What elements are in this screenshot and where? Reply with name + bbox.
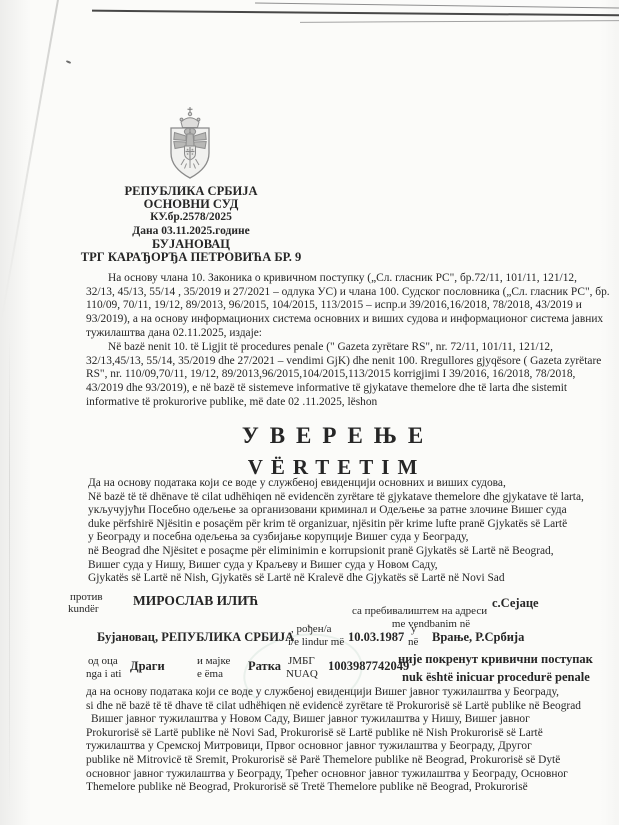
statement-line: duke përfshirë Njësitin e posaçëm për kr… <box>88 518 603 532</box>
paragraph-line: 43/2019 dhe 93/2019), e në bazë të siste… <box>86 382 591 396</box>
issue-date: Дана 03.11.2025.године <box>55 225 327 238</box>
scanner-edge-line <box>92 10 619 17</box>
court-header: РЕПУБЛИКА СРБИЈА ОСНОВНИ СУД КУ.бр.2578/… <box>55 185 327 264</box>
paragraph-line: тужилаштва дана 02.11.2025, издаје: <box>86 327 591 341</box>
case-number: КУ.бр.2578/2025 <box>55 211 327 224</box>
residence-label-sr: са пребивалиштем на адреси <box>352 605 487 617</box>
residence-label-sq: me vendbanim në <box>352 618 510 630</box>
criminal-status-sq: nuk është inicuar procedurë penale <box>402 670 590 685</box>
in-label-sq: në <box>408 636 418 648</box>
father-label-sr: од оца <box>88 655 118 667</box>
residence-value: с.Сејаце <box>492 596 539 611</box>
statement-line: si dhe në bazë të të dhave të cilat udhë… <box>86 700 604 714</box>
subject-name: МИРОСЛАВ ИЛИЋ <box>133 593 259 609</box>
born-label-sq: i/e lindur më <box>288 636 344 648</box>
paragraph-line: informative të prokurorive publike, më d… <box>86 396 591 410</box>
statement-line: тужилаштва у Сремској Митровици, Првог о… <box>86 740 604 754</box>
paragraph-line: 110/09, 70/11, 19/12, 89/2013, 96/2015, … <box>86 299 591 313</box>
scanner-edge-line <box>255 2 619 8</box>
paragraph-line: 32/13,45/13, 55/14, 35/2019 dhe 27/2021 … <box>86 355 591 369</box>
mother-name: Ратка <box>248 659 281 674</box>
birth-place: Врање, Р.Србија <box>432 630 524 645</box>
against-label-sq: kundër <box>68 603 99 615</box>
paragraph-line: 32/13, 45/13, 55/14 , 35/2019 и 27/2021 … <box>86 286 591 300</box>
serbia-coat-of-arms-icon <box>160 105 220 194</box>
court-name: ОСНОВНИ СУД <box>55 198 327 211</box>
birth-date: 10.03.1987 <box>348 630 404 645</box>
statement-line: Вишег суда у Нишу, Вишег суда у Краљеву … <box>88 559 603 573</box>
court-address: ТРГ КАРАЂОРЂА ПЕТРОВИЋА БР. 9 <box>55 251 327 264</box>
scanned-court-certificate: РЕПУБЛИКА СРБИЈА ОСНОВНИ СУД КУ.бр.2578/… <box>0 0 619 825</box>
certificate-statement: Да на основу података који се воде у слу… <box>88 477 603 586</box>
paragraph-line: RS", nr. 110/09,70/11, 19/12, 89/2013,96… <box>86 368 591 382</box>
paragraph-line: Në bazë nenit 10. të Ligjit të procedure… <box>86 341 591 355</box>
statement-line: Në bazë të të dhënave të cilat udhëhiqen… <box>88 491 603 505</box>
municipality-value: Бујановац, РЕПУБЛИКА СРБИЈА <box>97 630 294 645</box>
paper-fold-crease <box>0 0 60 324</box>
statement-line: укључујући Посебно одељење за организова… <box>88 504 603 518</box>
scanner-edge-line <box>300 20 619 23</box>
scan-speck <box>66 60 71 64</box>
jmbg-label-sq: NUAQ <box>286 668 318 680</box>
father-name: Драги <box>130 659 165 674</box>
paper-fold-crease <box>9 330 10 810</box>
statement-line: Вишег јавног тужилаштва у Новом Саду, Ви… <box>86 713 604 727</box>
jmbg-label-sr: ЈМБГ <box>288 655 315 667</box>
prosecution-records-statement: да на основу података који се воде у слу… <box>86 686 604 795</box>
statement-line: Prokurorisë së Lartë publike në Novi Sad… <box>86 727 604 741</box>
statement-line: у Београду и посебна одељења за сузбијањ… <box>88 531 603 545</box>
born-label-sr: , рођен/а <box>291 623 332 635</box>
statement-line: основног јавног тужилаштва у Београду, Т… <box>86 768 604 782</box>
against-label-sr: против <box>70 591 103 603</box>
father-label-sq: nga i ati <box>86 668 121 680</box>
criminal-status-sr: није покренут кривични поступак <box>398 652 593 667</box>
paragraph-line: На основу члана 10. Законика о кривичном… <box>86 272 591 286</box>
statement-line: në Beograd dhe Njësitet e posaçme për el… <box>88 545 603 559</box>
legal-basis-albanian: Në bazë nenit 10. të Ligjit të procedure… <box>86 341 591 410</box>
statement-line: publike në Mitrovicë të Sremit, Prokuror… <box>86 754 604 768</box>
mother-label-sr: и мајке <box>197 655 230 667</box>
statement-line: Да на основу података који се воде у слу… <box>88 477 603 491</box>
mother-label-sq: e ëma <box>197 668 223 680</box>
paragraph-line: 93/2019), а на основу информационих сист… <box>86 313 591 327</box>
legal-basis-serbian: На основу члана 10. Законика о кривичном… <box>86 272 591 341</box>
statement-line: Gjykatës së Lartë në Nish, Gjykatës së L… <box>88 572 603 586</box>
document-title-serbian: УВЕРЕЊЕ <box>60 423 605 449</box>
statement-line: да на основу података који се воде у слу… <box>86 686 604 700</box>
in-label-sr: у <box>411 623 417 635</box>
statement-line: Themelore publike në Beograd, Prokuroris… <box>86 781 604 795</box>
